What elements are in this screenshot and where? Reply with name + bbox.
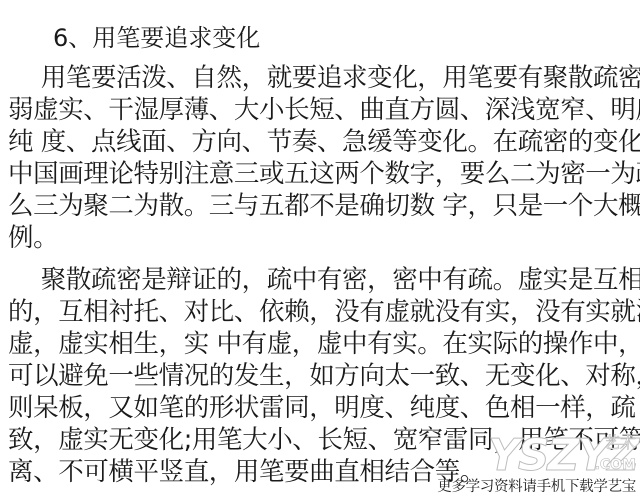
text-line: 则呆板，又如笔的形状雷同，明度、纯度、色相一样，疏 密一	[8, 392, 640, 424]
watermark-logo: YSZYZ 艺术 .COM	[488, 432, 638, 480]
text-line: 可以避免一些情况的发生，如方向太一致、无变化、对称，对称	[8, 360, 640, 392]
text-line: 的，互相衬托、对比、依赖，没有虚就没有实，没有实就没有	[8, 296, 640, 328]
text-line: 例。	[8, 222, 58, 254]
text-line: 弱虚实、干湿厚薄、大小长短、曲直方圆、深浅宽窄、明度色相	[8, 94, 640, 126]
watermark-logo-suffix: 艺术	[604, 434, 636, 452]
text-line: 离、不可横平竖直，用笔要曲直相结合等。	[8, 456, 485, 488]
text-line: 么三为聚二为散。三与五都不是确切数 字，只是一个大概比	[8, 190, 640, 222]
text-line: 虚，虚实相生，实 中有虚，虚中有实。在实际的操作中，我们	[8, 328, 640, 360]
watermark-domain-suffix: .COM	[595, 456, 636, 474]
text-line: 中国画理论特别注意三或五这两个数字，要么二为密一为疏，要	[8, 158, 640, 190]
text-line: 聚散疏密是辩证的，疏中有密，密中有疏。虚实是互相对立	[8, 264, 640, 296]
text-line: 用笔要活泼、自然，就要追求变化，用笔要有聚散疏密、强	[8, 62, 640, 94]
watermark-note: 更多学习资料请手机下载学艺宝	[437, 478, 636, 496]
section-title: 6、用笔要追求变化	[53, 22, 260, 54]
text-line: 纯 度、点线面、方向、节奏、急缓等变化。在疏密的变化上，	[8, 126, 640, 158]
